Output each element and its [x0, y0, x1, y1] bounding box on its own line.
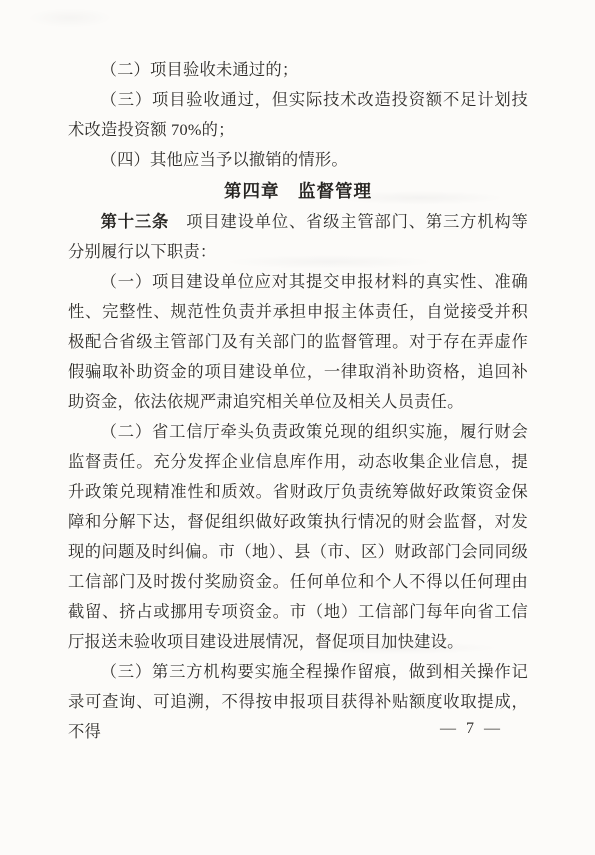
duty-clause-1: （一）项目建设单位应对其提交申报材料的真实性、准确性、完整性、规范性负责并承担申… — [68, 267, 528, 417]
article-13-paragraph: 第十三条 项目建设单位、省级主管部门、第三方机构等分别履行以下职责： — [68, 207, 528, 267]
article-number: 第十三条 — [101, 213, 170, 231]
page-number: — 7 — — [440, 716, 503, 742]
clause-item-3: （三）项目验收通过，但实际技术改造投资额不足计划技术改造投资额 70%的； — [68, 85, 528, 145]
clause-item-4: （四）其他应当予以撤销的情形。 — [68, 145, 528, 175]
scanned-document-page: （二）项目验收未通过的； （三）项目验收通过，但实际技术改造投资额不足计划技术改… — [0, 0, 595, 855]
duty-clause-2: （二）省工信厅牵头负责政策兑现的组织实施，履行财会监督责任。充分发挥企业信息库作… — [68, 417, 528, 657]
chapter-heading: 第四章 监督管理 — [68, 175, 528, 207]
clause-item-2: （二）项目验收未通过的； — [68, 55, 528, 85]
document-body: （二）项目验收未通过的； （三）项目验收通过，但实际技术改造投资额不足计划技术改… — [68, 55, 528, 747]
